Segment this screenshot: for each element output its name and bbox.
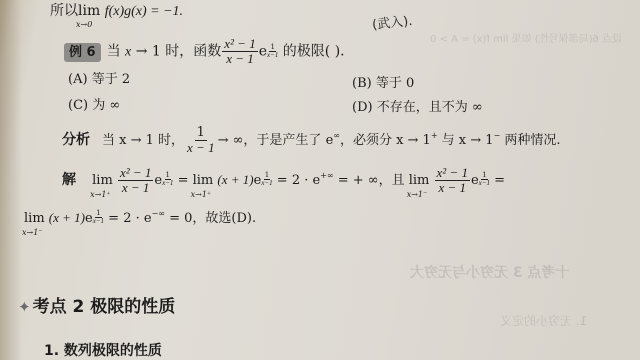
exp-base: e (471, 173, 479, 188)
exponent-denominator: x−1 (162, 180, 173, 187)
limit-operator: limx→0 (78, 2, 100, 20)
option-key: (B) (352, 76, 372, 91)
fraction-numerator: x² − 1 (435, 166, 470, 181)
previous-conclusion: 所以limx→0 f(x)g(x) = −1. (50, 2, 183, 21)
exp-base: e (85, 211, 93, 226)
option-text: 等于 0 (376, 76, 414, 91)
option-text: 为 ∞ (92, 98, 120, 113)
analysis-text-5: 两种情况. (500, 133, 560, 148)
handwritten-note: (武入). (371, 10, 413, 33)
superscript: +∞ (320, 171, 333, 180)
analysis-text-1: 当 x → 1 时， (102, 133, 184, 148)
bleed-through-subheading: 1. 无穷小的定义 (500, 312, 587, 329)
analysis-fraction: 1x − 1 (185, 126, 217, 155)
equals: = (490, 173, 505, 188)
option-a: (A) 等于 2 (68, 68, 130, 87)
option-d: (D) 不存在，且不为 ∞ (352, 96, 483, 115)
solution-fraction: x² − 1x − 1 (435, 166, 470, 195)
superscript: −∞ (152, 209, 165, 218)
exponent-denominator: x−1 (479, 180, 490, 187)
analysis-label: 分析 (62, 132, 90, 148)
solution-fraction: x² − 1x − 1 (118, 166, 153, 195)
fraction-numerator: 1 (195, 126, 207, 141)
option-text: 不存在，且不为 ∞ (377, 100, 483, 115)
fraction-denominator: x − 1 (185, 141, 217, 155)
exponent-fraction: 1x−1 (261, 172, 272, 187)
fraction-denominator: x − 1 (436, 181, 468, 195)
subsection-heading: 1. 数列极限的性质 (44, 340, 162, 360)
fraction-denominator: x − 1 (120, 181, 152, 195)
factor: (x + 1) (49, 210, 85, 225)
limit-subscript: x→1⁺ (90, 186, 111, 204)
option-key: (C) (68, 98, 88, 113)
example-badge: 例 6 (64, 43, 101, 62)
option-key: (A) (68, 72, 88, 87)
result-text: = 2 · e (273, 173, 321, 188)
limit-subscript: x→1⁻ (22, 224, 43, 242)
fraction-numerator: x² − 1 (118, 166, 153, 181)
limit-operator: limx→1⁺ (193, 172, 214, 190)
section-heading: ✦考点 2 极限的性质 (18, 292, 175, 317)
stem-text-3: 的极限( ). (278, 44, 344, 60)
stem-text-1: 当 (107, 44, 125, 60)
exponent-fraction: 1x−1 (479, 172, 490, 187)
superscript: ∞ (333, 131, 340, 140)
exponent-fraction: 1x−1 (93, 210, 104, 225)
option-b: (B) 等于 0 (352, 72, 414, 91)
fraction-denominator: x − 1 (224, 52, 256, 66)
option-c: (C) 为 ∞ (68, 94, 120, 113)
result-text: = + ∞，且 (334, 173, 409, 188)
section-title: 考点 2 极限的性质 (33, 297, 176, 317)
conclusion-expression: f(x)g(x) = −1. (105, 4, 183, 19)
result-text: = 2 · e (104, 211, 152, 226)
superscript: + (431, 131, 438, 140)
analysis-paragraph: 分析当 x → 1 时，1x − 1→ ∞，于是产生了 e∞，必须分 x → 1… (62, 126, 561, 155)
fraction-numerator: x² − 1 (222, 37, 257, 52)
analysis-text-3: ，必须分 x → 1 (340, 133, 431, 148)
limit-subscript: x→1⁻ (407, 186, 428, 204)
stem-fraction: x² − 1x − 1 (222, 37, 257, 66)
result-text: = 0，故选(D). (165, 211, 256, 226)
solution-label: 解 (62, 172, 76, 188)
solution-line-2: limx→1⁻ (x + 1)e1x−1 = 2 · e−∞ = 0，故选(D)… (24, 205, 256, 228)
exponent-denominator: x−1 (261, 180, 272, 187)
limit-subscript: x→1⁺ (191, 186, 212, 204)
conclusion-prefix: 所以 (50, 3, 78, 19)
bleed-through-heading: 十考点 3 无穷小与无穷大 (410, 262, 570, 282)
bleed-through-text-top: 设点 6(局部保号性) 如果 lim f(x) = A > 0 (430, 30, 622, 45)
exp-base: e (259, 44, 267, 60)
exponent-denominator: x−1 (93, 218, 104, 225)
exponent-fraction: 1x−1 (162, 172, 173, 187)
stem-text-2: → 1 时，函数 (131, 44, 221, 60)
exponent-denominator: x−1 (267, 52, 278, 59)
limit-subscript: x→0 (76, 16, 92, 34)
analysis-text-2: → ∞，于是产生了 e (218, 133, 334, 148)
exponent-fraction: 1x−1 (267, 44, 278, 59)
limit-operator: limx→1⁻ (409, 172, 430, 190)
option-text: 等于 2 (92, 72, 130, 87)
star-icon: ✦ (18, 298, 31, 316)
example-6-stem: 例 6当 x → 1 时，函数x² − 1x − 1e1x−1 的极限( ). (64, 37, 345, 66)
solution-line-1: 解 limx→1⁺ x² − 1x − 1e1x−1 = limx→1⁺ (x … (62, 166, 505, 195)
limit-operator: limx→1⁺ (92, 172, 113, 190)
exp-base: e (154, 173, 162, 188)
limit-operator: limx→1⁻ (24, 210, 45, 228)
option-key: (D) (352, 100, 373, 115)
factor: (x + 1) (217, 172, 253, 187)
analysis-text-4: 与 x → 1 (438, 133, 494, 148)
